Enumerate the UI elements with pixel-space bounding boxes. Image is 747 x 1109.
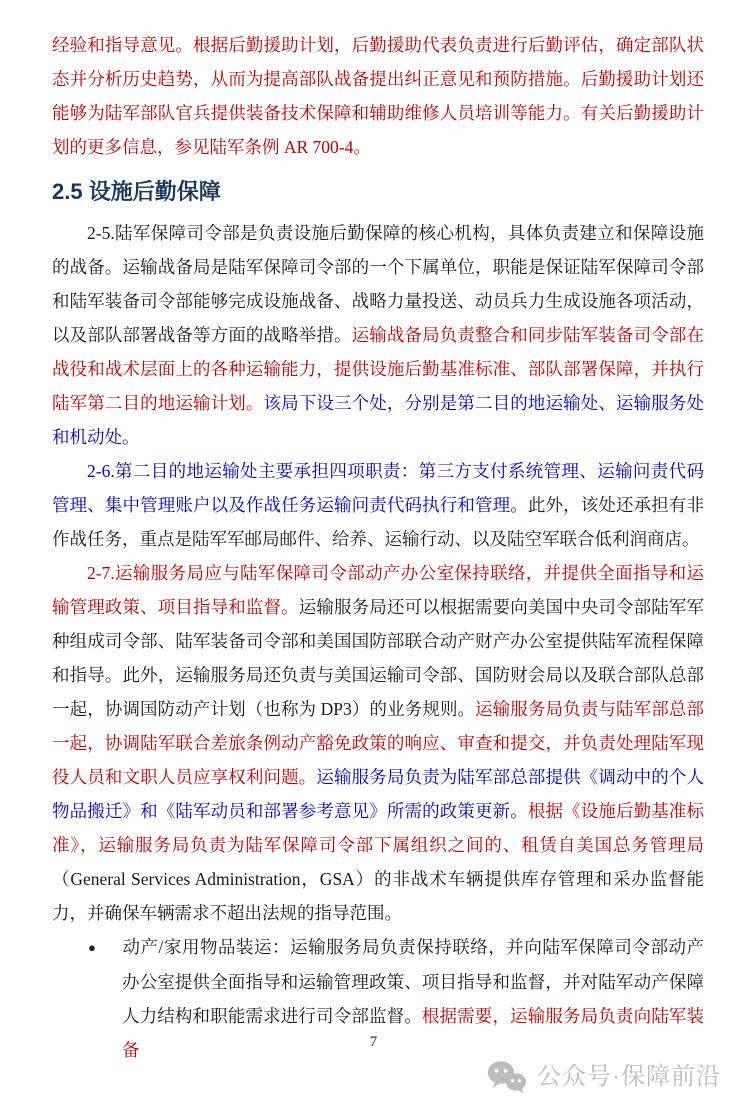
paragraph: 2-7.运输服务局应与陆军保障司令部动产办公室保持联络，并提供全面指导和运输管理…	[52, 556, 704, 930]
paragraph: 经验和指导意见。根据后勤援助计划，后勤援助代表负责进行后勤评估，确定部队状态并分…	[52, 28, 704, 164]
wechat-icon	[487, 1060, 527, 1094]
page-number: 7	[0, 1032, 747, 1052]
document-body: 经验和指导意见。根据后勤援助计划，后勤援助代表负责进行后勤评估，确定部队状态并分…	[52, 28, 704, 1067]
text-run: 经验和指导意见。根据后勤援助计划，后勤援助代表负责进行后勤评估，确定部队状态并分…	[52, 35, 704, 157]
paragraph: 2-5.陆军保障司令部是负责设施后勤保障的核心机构，具体负责建立和保障设施的战备…	[52, 216, 704, 454]
watermark-text: 公众号·保障前沿	[537, 1060, 721, 1094]
watermark: 公众号·保障前沿	[487, 1060, 721, 1094]
section-heading: 2.5 设施后勤保障	[52, 177, 704, 207]
bullet-icon: ●	[88, 931, 122, 965]
paragraph: 2-6.第二目的地运输处主要承担四项职责：第三方支付系统管理、运输问责代码管理、…	[52, 454, 704, 556]
text-run: （General Services Administration，GSA）的非战…	[52, 869, 704, 923]
document-page: 经验和指导意见。根据后勤援助计划，后勤援助代表负责进行后勤评估，确定部队状态并分…	[0, 0, 747, 1109]
